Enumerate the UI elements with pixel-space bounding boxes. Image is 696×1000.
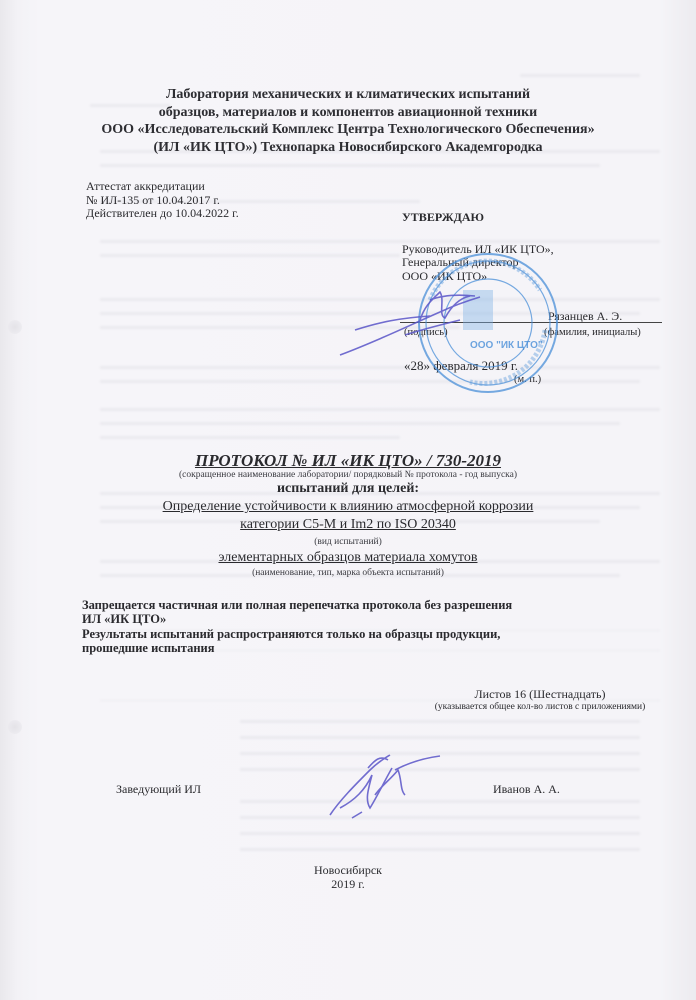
- punch-hole: [8, 720, 22, 734]
- footer-year: 2019 г.: [0, 877, 696, 891]
- name-caption: (фамилия, инициалы): [544, 327, 641, 338]
- head-position: Заведующий ИЛ: [116, 782, 201, 797]
- notice-line: Результаты испытаний распространяются то…: [82, 627, 512, 641]
- test-object-name: элементарных образцов материала хомутов: [219, 550, 478, 565]
- purpose-title: испытаний для целей:: [0, 481, 696, 497]
- notice-line: прошедшие испытания: [82, 641, 512, 655]
- approver-position: Руководитель ИЛ «ИК ЦТО»,: [402, 243, 554, 257]
- approver-organization: ООО «ИК ЦТО»: [402, 270, 554, 284]
- footer-city: Новосибирск: [0, 863, 696, 877]
- approval-block: УТВЕРЖДАЮ Руководитель ИЛ «ИК ЦТО», Гене…: [402, 211, 554, 283]
- protocol-title: ПРОТОКОЛ № ИЛ «ИК ЦТО» / 730-2019: [0, 451, 696, 471]
- stamp-caption: (м. п.): [514, 374, 541, 385]
- purpose-line: категории C5-M и Im2 по ISO 20340: [240, 517, 456, 532]
- signature-line: [400, 322, 662, 323]
- notice-line: Запрещается частичная или полная перепеч…: [82, 598, 512, 612]
- test-object-caption: (наименование, тип, марка объекта испыта…: [0, 568, 696, 578]
- reprint-notice: Запрещается частичная или полная перепеч…: [82, 598, 512, 655]
- approval-title: УТВЕРЖДАЮ: [402, 211, 554, 225]
- purpose-line: Определение устойчивости к влиянию атмос…: [163, 499, 534, 514]
- punch-hole: [8, 320, 22, 334]
- purpose-block: Определение устойчивости к влиянию атмос…: [0, 498, 696, 534]
- header-line: Лаборатория механических и климатических…: [0, 86, 696, 104]
- sheet-count: Листов 16 (Шестнадцать): [400, 688, 680, 701]
- sheet-count-caption: (указывается общее кол-во листов с прило…: [400, 701, 680, 714]
- protocol-title-caption: (сокращенное наименование лаборатории/ п…: [0, 470, 696, 480]
- header-line: ООО «Исследовательский Комплекс Центра Т…: [0, 121, 696, 139]
- stamp-text: ООО "ИК ЦТО": [470, 340, 543, 351]
- document-page: Лаборатория механических и климатических…: [0, 0, 696, 1000]
- purpose-caption: (вид испытаний): [0, 537, 696, 547]
- accreditation-number: № ИЛ-135 от 10.04.2017 г.: [86, 194, 239, 208]
- approval-date: «28» февраля 2019 г.: [404, 358, 518, 374]
- test-object: элементарных образцов материала хомутов: [0, 549, 696, 567]
- head-name: Иванов А. А.: [493, 782, 560, 797]
- header-line: образцов, материалов и компонентов авиац…: [0, 104, 696, 122]
- header-line: (ИЛ «ИК ЦТО») Технопарка Новосибирского …: [0, 139, 696, 157]
- signature-caption: (подпись): [404, 327, 448, 338]
- laboratory-header: Лаборатория механических и климатических…: [0, 86, 696, 156]
- accreditation-label: Аттестат аккредитации: [86, 180, 239, 194]
- sheet-count-block: Листов 16 (Шестнадцать) (указывается общ…: [400, 688, 680, 714]
- notice-line: ИЛ «ИК ЦТО»: [82, 612, 512, 626]
- footer-block: Новосибирск 2019 г.: [0, 863, 696, 891]
- approver-position: Генеральный директор: [402, 256, 554, 270]
- accreditation-validity: Действителен до 10.04.2022 г.: [86, 207, 239, 221]
- accreditation-block: Аттестат аккредитации № ИЛ-135 от 10.04.…: [86, 180, 239, 221]
